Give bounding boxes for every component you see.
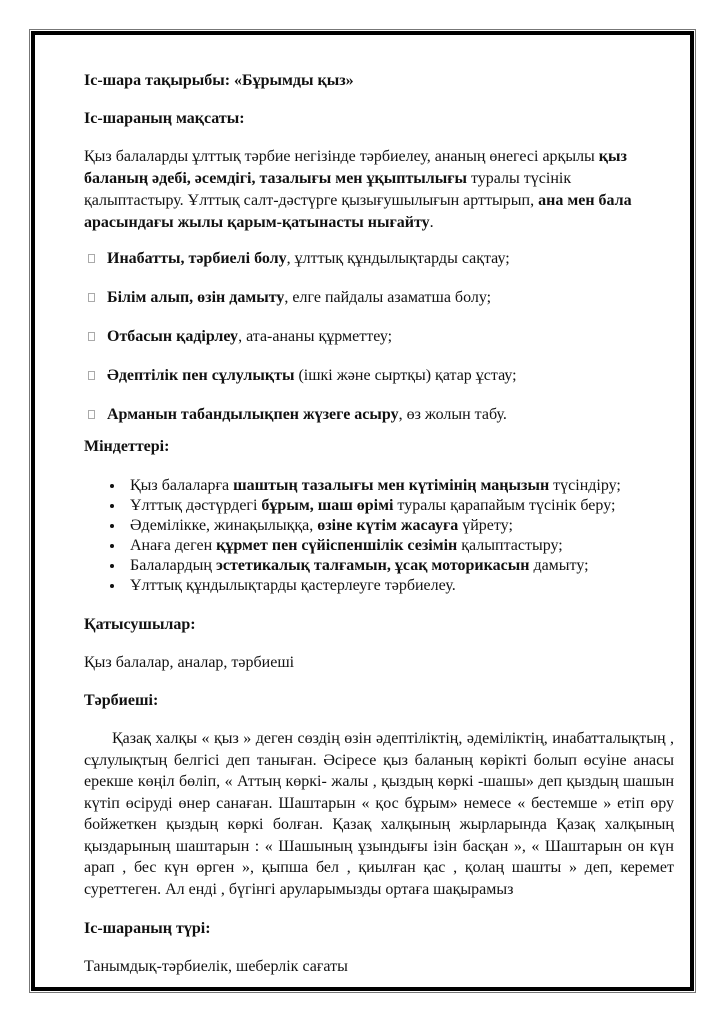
participants-text: Қыз балалар, аналар, тәрбиеші: [84, 652, 674, 674]
bullet-icon: [110, 584, 114, 588]
task-item: Қыз балаларға шаштың тазалығы мен күтімі…: [106, 476, 674, 496]
text-run: .: [430, 214, 434, 231]
teacher-heading: Тәрбиеші:: [84, 690, 674, 712]
value-item: Арманын табандылықпен жүзеге асыру, өз ж…: [84, 404, 674, 426]
value-item: Инабатты, тәрбиелі болу, ұлттық құндылық…: [84, 248, 674, 270]
teacher-text: Қазақ халқы « қыз » деген сөздің өзін әд…: [84, 728, 674, 900]
value-item: Отбасын қадірлеу, ата-ананы құрметтеу;: [84, 326, 674, 348]
value-rest: , ата-ананы құрметтеу;: [238, 328, 392, 345]
task-post: дамыту;: [529, 557, 588, 574]
square-bullet-icon: [88, 410, 95, 419]
task-item: Анаға деген құрмет пен сүйіспеншілік сез…: [106, 536, 674, 556]
task-item: Әдемілікке, жинақылыққа, өзіне күтім жас…: [106, 516, 674, 536]
value-item: Білім алып, өзін дамыту, елге пайдалы аз…: [84, 287, 674, 309]
purpose-paragraph: Қыз балаларды ұлттық тәрбие негізінде тә…: [84, 146, 674, 234]
type-heading: Іс-шараның түрі:: [84, 918, 674, 940]
square-bullet-icon: [88, 293, 95, 302]
document-body: Іс-шара тақырыбы: «Бұрымды қыз» Іс-шаран…: [84, 70, 674, 978]
tasks-list: Қыз балаларға шаштың тазалығы мен күтімі…: [84, 476, 674, 596]
bullet-icon: [110, 524, 114, 528]
bullet-icon: [110, 504, 114, 508]
task-pre: Ұлттық дәстүрдегі: [130, 497, 261, 514]
task-pre: Ұлттық құндылықтарды қастерлеуге тәрбиел…: [130, 577, 456, 594]
task-post: үйрету;: [458, 517, 513, 534]
values-list: Инабатты, тәрбиелі болу, ұлттық құндылық…: [84, 248, 674, 426]
value-rest: , ұлттық құндылықтарды сақтау;: [287, 250, 510, 267]
value-bold: Инабатты, тәрбиелі болу: [107, 250, 287, 267]
task-bold: шаштың тазалығы мен күтімінің маңызын: [233, 477, 549, 494]
task-item: Балалардың эстетикалық талғамын, ұсақ мо…: [106, 556, 674, 576]
bullet-icon: [110, 484, 114, 488]
task-item: Ұлттық құндылықтарды қастерлеуге тәрбиел…: [106, 576, 674, 596]
task-bold: өзіне күтім жасауға: [317, 517, 458, 534]
value-bold: Әдептілік пен сұлулықты: [107, 367, 294, 384]
task-bold: бұрым, шаш өрімі: [261, 497, 393, 514]
bullet-icon: [110, 564, 114, 568]
value-rest: (ішкі және сыртқы) қатар ұстау;: [294, 367, 516, 384]
value-rest: , өз жолын табу.: [399, 406, 507, 423]
task-post: түсіндіру;: [549, 477, 621, 494]
task-item: Ұлттық дәстүрдегі бұрым, шаш өрімі турал…: [106, 496, 674, 516]
tasks-heading: Міндеттері:: [84, 436, 674, 458]
purpose-heading: Іс-шараның мақсаты:: [84, 108, 674, 130]
task-pre: Балалардың: [130, 557, 216, 574]
value-rest: , елге пайдалы азаматша болу;: [284, 289, 491, 306]
bullet-icon: [110, 544, 114, 548]
text-run: Қыз балаларды ұлттық тәрбие негізінде тә…: [84, 148, 599, 165]
value-item: Әдептілік пен сұлулықты (ішкі және сыртқ…: [84, 365, 674, 387]
task-post: қалыптастыру;: [457, 537, 562, 554]
square-bullet-icon: [88, 371, 95, 380]
task-bold: құрмет пен сүйіспеншілік сезімін: [216, 537, 457, 554]
value-bold: Білім алып, өзін дамыту: [107, 289, 284, 306]
square-bullet-icon: [88, 254, 95, 263]
value-bold: Арманын табандылықпен жүзеге асыру: [107, 406, 399, 423]
task-post: туралы қарапайым түсінік беру;: [393, 497, 615, 514]
event-title: Іс-шара тақырыбы: «Бұрымды қыз»: [84, 70, 674, 92]
task-pre: Қыз балаларға: [130, 477, 233, 494]
participants-heading: Қатысушылар:: [84, 614, 674, 636]
square-bullet-icon: [88, 332, 95, 341]
task-bold: эстетикалық талғамын, ұсақ моторикасын: [216, 557, 529, 574]
value-bold: Отбасын қадірлеу: [107, 328, 238, 345]
task-pre: Әдемілікке, жинақылыққа,: [130, 517, 317, 534]
task-pre: Анаға деген: [130, 537, 216, 554]
type-text: Танымдық-тәрбиелік, шеберлік сағаты: [84, 956, 674, 978]
